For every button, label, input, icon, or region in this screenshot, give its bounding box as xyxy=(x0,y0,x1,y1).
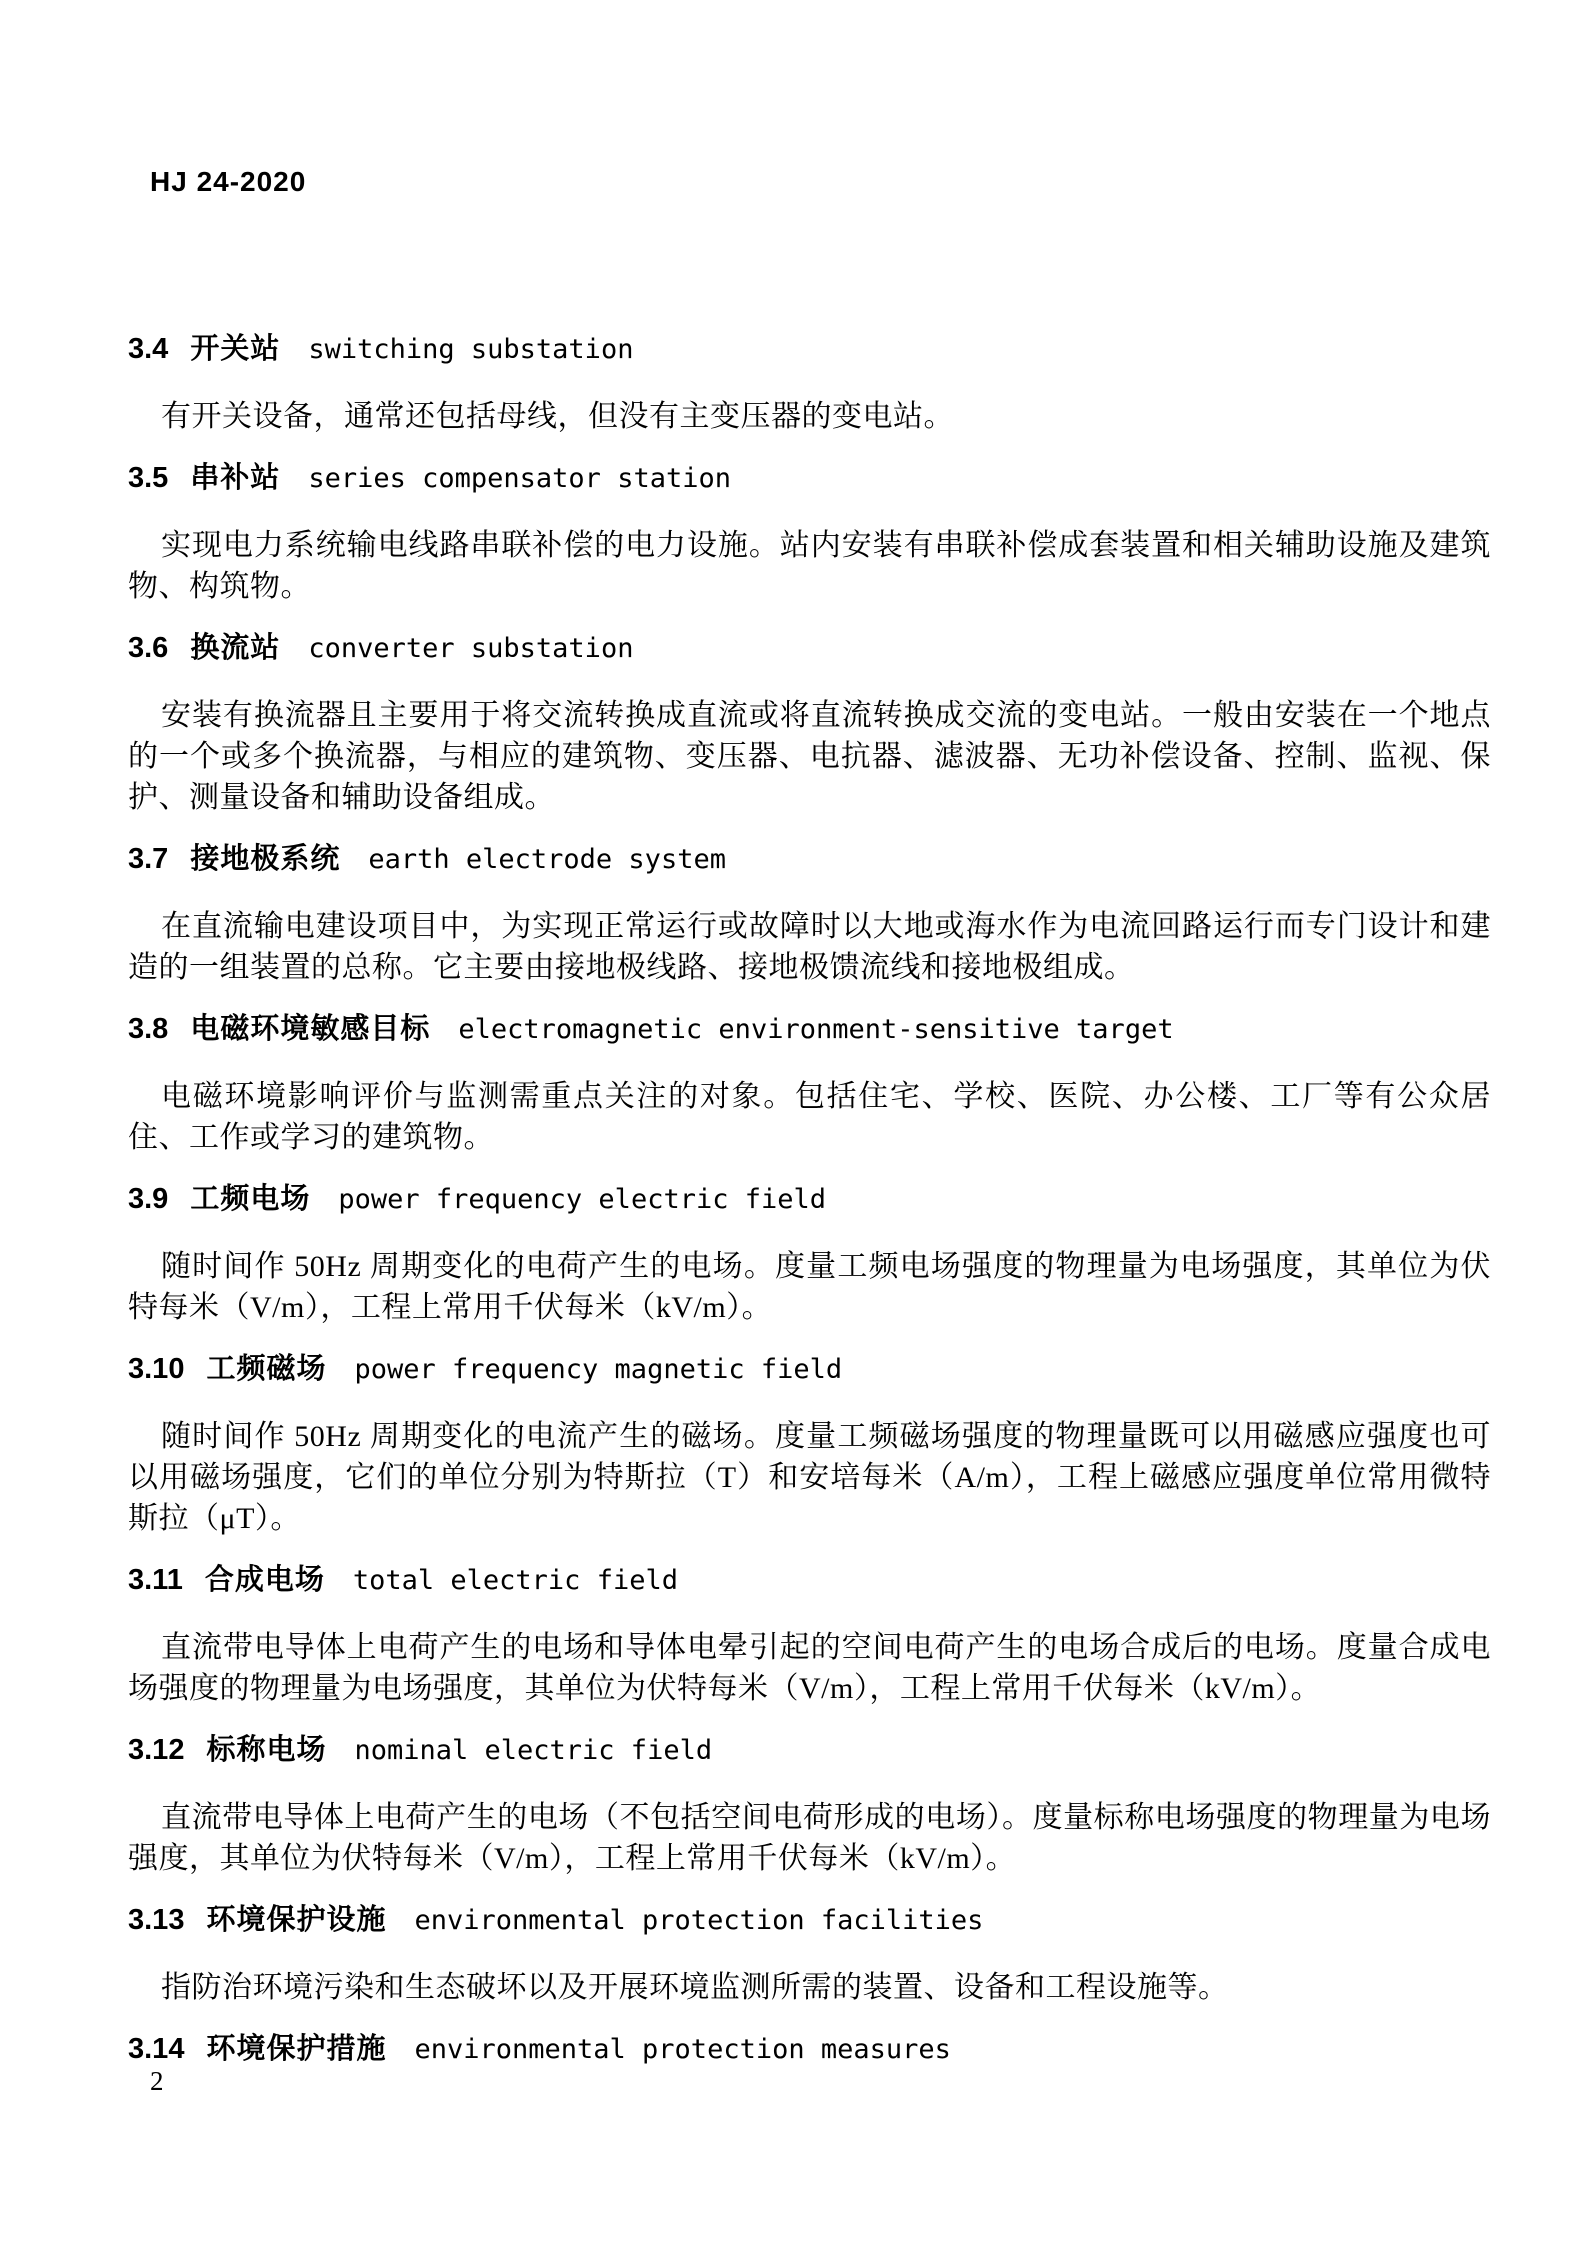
term-section: 3.8电磁环境敏感目标electromagnetic environment-s… xyxy=(128,1013,1491,1158)
term-section: 3.12标称电场nominal electric field 直流带电导体上电荷… xyxy=(128,1734,1491,1879)
term-number: 3.11 xyxy=(128,1564,183,1596)
term-heading: 3.9工频电场power frequency electric field xyxy=(128,1183,1491,1216)
term-definition: 电磁环境影响评价与监测需重点关注的对象。包括住宅、学校、医院、办公楼、工厂等有公… xyxy=(128,1076,1491,1158)
term-section: 3.9工频电场power frequency electric field 随时… xyxy=(128,1183,1491,1328)
term-heading: 3.7接地极系统earth electrode system xyxy=(128,843,1491,876)
term-definition: 随时间作 50Hz 周期变化的电流产生的磁场。度量工频磁场强度的物理量既可以用磁… xyxy=(128,1416,1491,1539)
term-english: electromagnetic environment-sensitive ta… xyxy=(458,1014,1173,1045)
term-chinese: 合成电场 xyxy=(205,1564,325,1596)
term-english: power frequency electric field xyxy=(338,1184,826,1215)
term-english: earth electrode system xyxy=(368,844,726,875)
term-english: power frequency magnetic field xyxy=(354,1354,842,1385)
term-number: 3.10 xyxy=(128,1353,184,1385)
term-number: 3.9 xyxy=(128,1183,168,1215)
term-definition: 在直流输电建设项目中，为实现正常运行或故障时以大地或海水作为电流回路运行而专门设… xyxy=(128,906,1491,988)
term-chinese: 电磁环境敏感目标 xyxy=(190,1013,430,1045)
term-heading: 3.8电磁环境敏感目标electromagnetic environment-s… xyxy=(128,1013,1491,1046)
term-heading: 3.14环境保护措施environmental protection measu… xyxy=(128,2033,1491,2066)
document-page: HJ 24-2020 3.4开关站switching substation 有开… xyxy=(0,0,1587,2245)
term-definition: 指防治环境污染和生态破坏以及开展环境监测所需的装置、设备和工程设施等。 xyxy=(128,1967,1491,2008)
term-section: 3.6换流站converter substation 安装有换流器且主要用于将交… xyxy=(128,632,1491,818)
term-chinese: 工频磁场 xyxy=(206,1353,326,1385)
term-number: 3.6 xyxy=(128,632,168,664)
sections: 3.4开关站switching substation 有开关设备，通常还包括母线… xyxy=(128,308,1491,2096)
term-number: 3.14 xyxy=(128,2033,184,2065)
term-chinese: 工频电场 xyxy=(190,1183,310,1215)
term-definition: 随时间作 50Hz 周期变化的电荷产生的电场。度量工频电场强度的物理量为电场强度… xyxy=(128,1246,1491,1328)
term-section: 3.14环境保护措施environmental protection measu… xyxy=(128,2033,1491,2066)
term-english: environmental protection facilities xyxy=(414,1905,983,1936)
term-chinese: 换流站 xyxy=(190,632,280,664)
term-heading: 3.6换流站converter substation xyxy=(128,632,1491,665)
term-english: nominal electric field xyxy=(354,1735,712,1766)
term-chinese: 串补站 xyxy=(190,462,280,494)
term-chinese: 接地极系统 xyxy=(190,843,340,875)
term-number: 3.12 xyxy=(128,1734,184,1766)
term-heading: 3.11合成电场total electric field xyxy=(128,1564,1491,1597)
term-english: total electric field xyxy=(353,1565,678,1596)
term-heading: 3.10工频磁场power frequency magnetic field xyxy=(128,1353,1491,1386)
term-section: 3.13环境保护设施environmental protection facil… xyxy=(128,1904,1491,2008)
term-english: converter substation xyxy=(308,633,633,664)
term-chinese: 标称电场 xyxy=(206,1734,326,1766)
document-standard-number: HJ 24-2020 xyxy=(150,166,306,198)
term-number: 3.7 xyxy=(128,843,168,875)
term-chinese: 开关站 xyxy=(190,333,280,365)
term-chinese: 环境保护设施 xyxy=(206,1904,386,1936)
term-heading: 3.13环境保护设施environmental protection facil… xyxy=(128,1904,1491,1937)
term-number: 3.4 xyxy=(128,333,168,365)
term-number: 3.5 xyxy=(128,462,168,494)
term-chinese: 环境保护措施 xyxy=(206,2033,386,2065)
term-section: 3.10工频磁场power frequency magnetic field 随… xyxy=(128,1353,1491,1539)
term-section: 3.4开关站switching substation 有开关设备，通常还包括母线… xyxy=(128,333,1491,437)
page-number: 2 xyxy=(150,2066,164,2097)
term-section: 3.11合成电场total electric field 直流带电导体上电荷产生… xyxy=(128,1564,1491,1709)
term-definition: 直流带电导体上电荷产生的电场（不包括空间电荷形成的电场）。度量标称电场强度的物理… xyxy=(128,1797,1491,1879)
term-definition: 实现电力系统输电线路串联补偿的电力设施。站内安装有串联补偿成套装置和相关辅助设施… xyxy=(128,525,1491,607)
term-heading: 3.12标称电场nominal electric field xyxy=(128,1734,1491,1767)
term-section: 3.5串补站series compensator station 实现电力系统输… xyxy=(128,462,1491,607)
term-heading: 3.5串补站series compensator station xyxy=(128,462,1491,495)
term-definition: 直流带电导体上电荷产生的电场和导体电晕引起的空间电荷产生的电场合成后的电场。度量… xyxy=(128,1627,1491,1709)
term-heading: 3.4开关站switching substation xyxy=(128,333,1491,366)
term-english: environmental protection measures xyxy=(414,2034,950,2065)
term-definition: 有开关设备，通常还包括母线，但没有主变压器的变电站。 xyxy=(128,396,1491,437)
term-section: 3.7接地极系统earth electrode system 在直流输电建设项目… xyxy=(128,843,1491,988)
term-number: 3.8 xyxy=(128,1013,168,1045)
term-english: switching substation xyxy=(308,334,633,365)
term-english: series compensator station xyxy=(308,463,731,494)
term-number: 3.13 xyxy=(128,1904,184,1936)
term-definition: 安装有换流器且主要用于将交流转换成直流或将直流转换成交流的变电站。一般由安装在一… xyxy=(128,695,1491,818)
